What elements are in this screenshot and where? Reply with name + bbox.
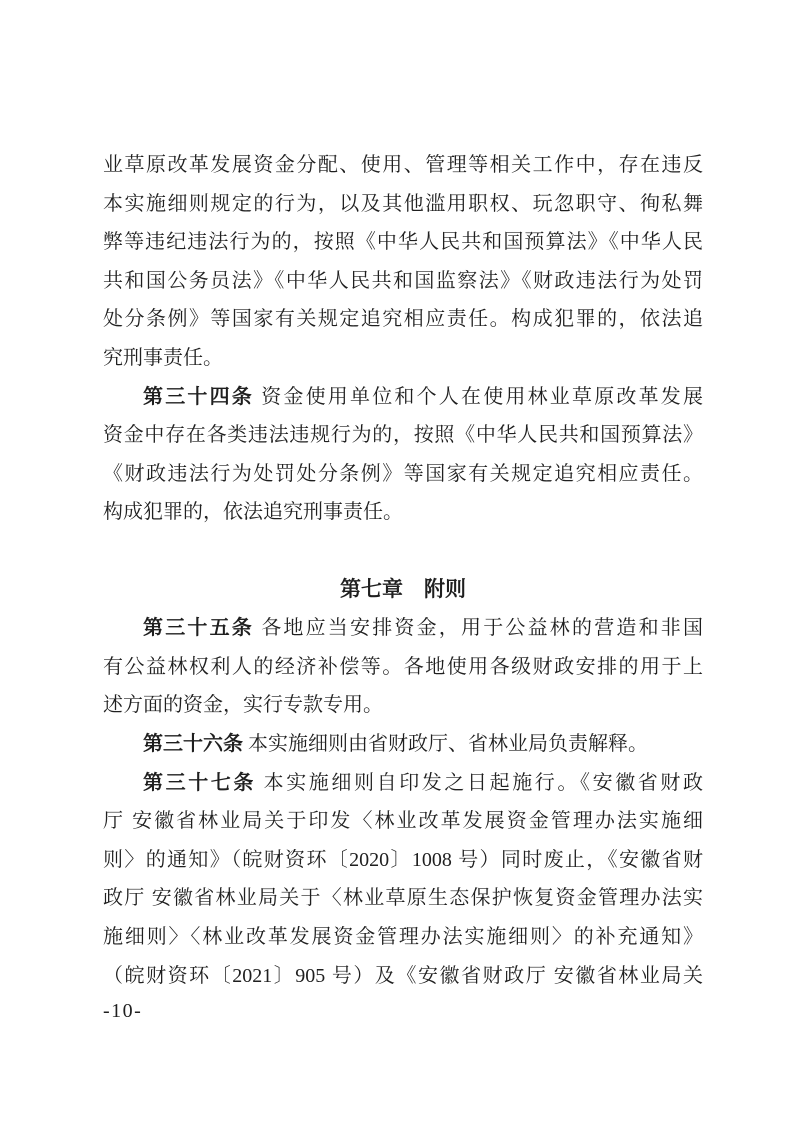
text-line: （皖财资环〔2021〕905 号）及《安徽省财政厅 安徽省林业局关: [103, 957, 703, 996]
text-line: 业草原改革发展资金分配、使用、管理等相关工作中，存在违反: [103, 146, 703, 185]
text-line: 共和国公务员法》《中华人民共和国监察法》《财政违法行为处罚: [103, 262, 703, 301]
chapter-heading: 第七章 附则: [103, 571, 703, 610]
text-line: 有公益林权利人的经济补偿等。各地使用各级财政安排的用于上: [103, 648, 703, 687]
paragraph-article-36: 第三十六条 本实施细则由省财政厅、省林业局负责解释。: [103, 725, 703, 764]
document-page: 业草原改革发展资金分配、使用、管理等相关工作中，存在违反 本实施细则规定的行为，…: [0, 0, 793, 1122]
text-line: 施细则〉〈林业改革发展资金管理办法实施细则〉的补充通知》: [103, 918, 703, 957]
text-line: 资金中存在各类违法违规行为的，按照《中华人民共和国预算法》: [103, 416, 703, 455]
paragraph-article-35: 第三十五条 各地应当安排资金，用于公益林的营造和非国 有公益林权利人的经济补偿等…: [103, 609, 703, 725]
article-number: 第三十七条: [143, 772, 256, 794]
text-line: 弊等违纪违法行为的，按照《中华人民共和国预算法》《中华人民: [103, 223, 703, 262]
article-text: 各地应当安排资金，用于公益林的营造和非国: [254, 617, 703, 639]
article-text: 资金使用单位和个人在使用林业草原改革发展: [254, 386, 703, 408]
text-line: 述方面的资金，实行专款专用。: [103, 686, 703, 725]
text-line: 构成犯罪的，依法追究刑事责任。: [103, 493, 703, 532]
article-text: 本实施细则由省财政厅、省林业局负责解释。: [243, 733, 648, 755]
article-number: 第三十六条: [143, 733, 243, 755]
text-line: 政厅 安徽省林业局关于〈林业草原生态保护恢复资金管理办法实: [103, 879, 703, 918]
text-line: 第三十五条 各地应当安排资金，用于公益林的营造和非国: [103, 609, 703, 648]
text-line: 厅 安徽省林业局关于印发〈林业改革发展资金管理办法实施细: [103, 802, 703, 841]
article-number: 第三十五条: [143, 617, 254, 639]
text-line: 第三十四条 资金使用单位和个人在使用林业草原改革发展: [103, 378, 703, 417]
paragraph-article-37: 第三十七条 本实施细则自印发之日起施行。《安徽省财政 厅 安徽省林业局关于印发〈…: [103, 764, 703, 996]
text-line: 第三十六条 本实施细则由省财政厅、省林业局负责解释。: [103, 725, 703, 764]
paragraph-article-34: 第三十四条 资金使用单位和个人在使用林业草原改革发展 资金中存在各类违法违规行为…: [103, 378, 703, 532]
text-line: 处分条例》等国家有关规定追究相应责任。构成犯罪的，依法追: [103, 300, 703, 339]
page-number: -10-: [103, 998, 142, 1024]
article-text: 本实施细则自印发之日起施行。《安徽省财政: [256, 772, 703, 794]
text-line: 本实施细则规定的行为，以及其他滥用职权、玩忽职守、徇私舞: [103, 185, 703, 224]
paragraph-continuation: 业草原改革发展资金分配、使用、管理等相关工作中，存在违反 本实施细则规定的行为，…: [103, 146, 703, 378]
text-line: 究刑事责任。: [103, 339, 703, 378]
page-content: 业草原改革发展资金分配、使用、管理等相关工作中，存在违反 本实施细则规定的行为，…: [103, 146, 703, 995]
text-line: 第三十七条 本实施细则自印发之日起施行。《安徽省财政: [103, 764, 703, 803]
text-line: 《财政违法行为处罚处分条例》等国家有关规定追究相应责任。: [103, 455, 703, 494]
article-number: 第三十四条: [143, 386, 254, 408]
text-line: 则〉的通知》（皖财资环〔2020〕1008 号）同时废止，《安徽省财: [103, 841, 703, 880]
